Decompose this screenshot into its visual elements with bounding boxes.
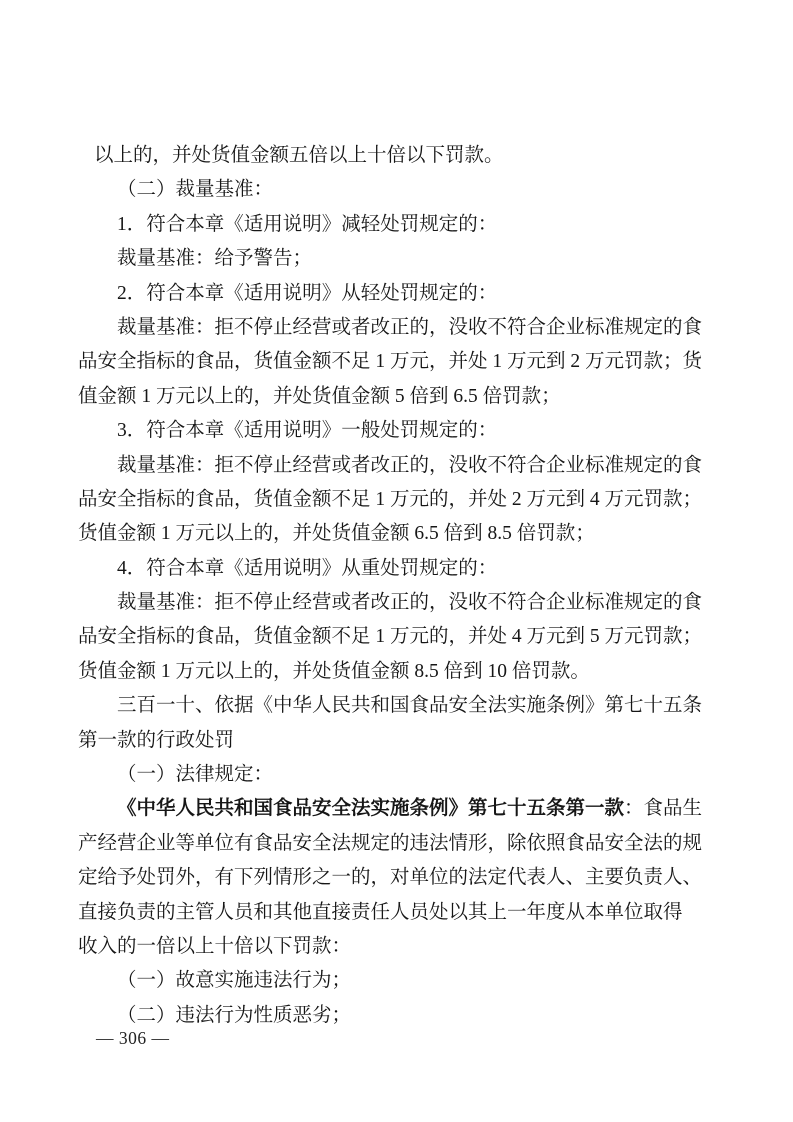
text-line: 货值金额 1 万元以上的，并处货值金额 6.5 倍到 8.5 倍罚款； (78, 517, 704, 551)
text-line: 定给予处罚外，有下列情形之一的，对单位的法定代表人、主要负责人、 (78, 861, 704, 895)
text-line: 裁量基准：拒不停止经营或者改正的，没收不符合企业标准规定的食 (78, 449, 704, 483)
document-page: 以上的，并处货值金额五倍以上十倍以下罚款。（二）裁量基准：1．符合本章《适用说明… (0, 0, 793, 1122)
text-line: （一）故意实施违法行为； (78, 964, 704, 998)
text-line: （二）违法行为性质恶劣； (78, 999, 704, 1033)
text-line: （一）法律规定： (78, 758, 704, 792)
text-line: 收入的一倍以上十倍以下罚款： (78, 930, 704, 964)
text-line: 以上的，并处货值金额五倍以上十倍以下罚款。 (78, 139, 704, 173)
text-line: 值金额 1 万元以上的，并处货值金额 5 倍到 6.5 倍罚款； (78, 380, 704, 414)
document-body-text: 以上的，并处货值金额五倍以上十倍以下罚款。（二）裁量基准：1．符合本章《适用说明… (78, 139, 704, 1033)
text-line: 直接负责的主管人员和其他直接责任人员处以其上一年度从本单位取得 (78, 896, 704, 930)
page-footer: — 306 — (96, 1026, 170, 1050)
text-line: （二）裁量基准： (78, 173, 704, 207)
text-line: 产经营企业等单位有食品安全法规定的违法情形，除依照食品安全法的规 (78, 827, 704, 861)
text-line: 裁量基准：拒不停止经营或者改正的，没收不符合企业标准规定的食 (78, 586, 704, 620)
text-line: 货值金额 1 万元以上的，并处货值金额 8.5 倍到 10 倍罚款。 (78, 655, 704, 689)
page-number: — 306 — (96, 1028, 170, 1048)
text-line: 裁量基准：拒不停止经营或者改正的，没收不符合企业标准规定的食 (78, 311, 704, 345)
text-line: 2．符合本章《适用说明》从轻处罚规定的： (78, 277, 704, 311)
text-line: 裁量基准：给予警告； (78, 242, 704, 276)
bold-law-citation: 《中华人民共和国食品安全法实施条例》第七十五条第一款 (117, 798, 624, 819)
text-line: 《中华人民共和国食品安全法实施条例》第七十五条第一款：食品生 (78, 792, 704, 826)
text-line: 3．符合本章《适用说明》一般处罚规定的： (78, 414, 704, 448)
text-line: 三百一十、依据《中华人民共和国食品安全法实施条例》第七十五条 (78, 689, 704, 723)
text-line: 品安全指标的食品，货值金额不足 1 万元的，并处 2 万元到 4 万元罚款； (78, 483, 704, 517)
text-line: 4．符合本章《适用说明》从重处罚规定的： (78, 552, 704, 586)
text-line: 品安全指标的食品，货值金额不足 1 万元，并处 1 万元到 2 万元罚款；货 (78, 345, 704, 379)
text-line: 第一款的行政处罚 (78, 724, 704, 758)
text-line: 品安全指标的食品，货值金额不足 1 万元的，并处 4 万元到 5 万元罚款； (78, 620, 704, 654)
text-line: 1．符合本章《适用说明》减轻处罚规定的： (78, 208, 704, 242)
